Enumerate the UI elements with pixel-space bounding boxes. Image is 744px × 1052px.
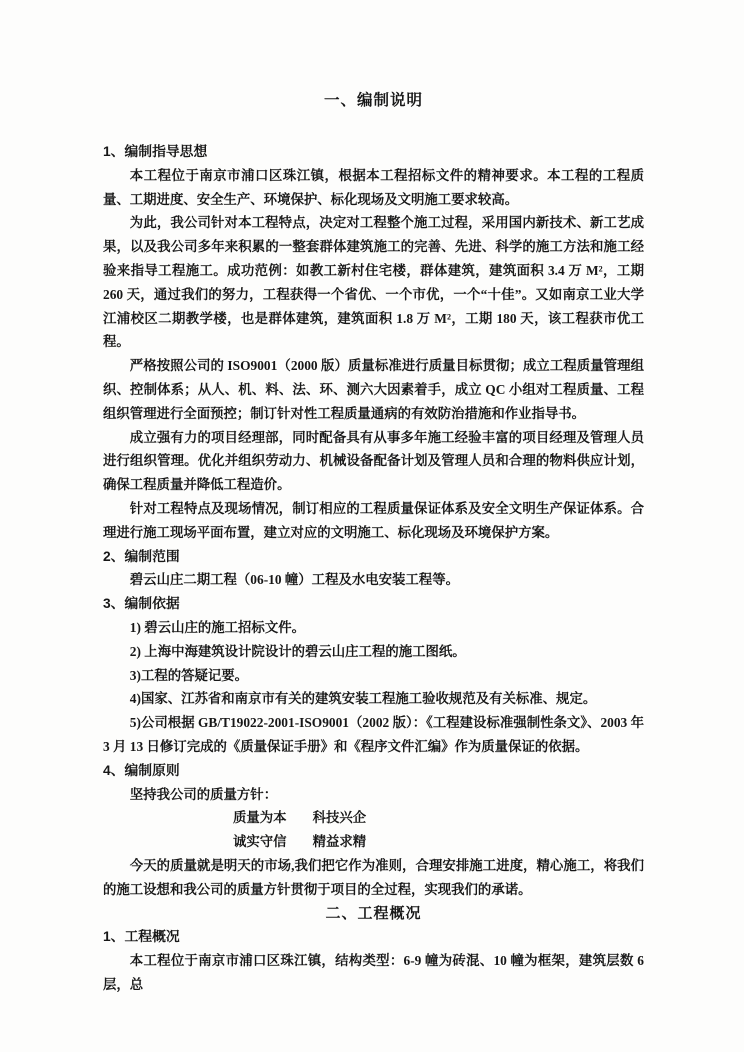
paragraph: 严格按照公司的 ISO9001（2000 版）质量标准进行质量目标贯彻；成立工程…: [103, 354, 644, 425]
document-page: 一、编制说明 1、编制指导思想 本工程位于南京市浦口区珠江镇，根据本工程招标文件…: [0, 0, 744, 1052]
heading-compilation-basis: 3、编制依据: [103, 592, 644, 616]
paragraph: 为此，我公司针对本工程特点，决定对工程整个施工过程，采用国内新技术、新工艺成果，…: [103, 211, 644, 354]
heading-project-overview: 1、工程概况: [103, 925, 644, 949]
paragraph: 针对工程特点及现场情况，制订相应的工程质量保证体系及安全文明生产保证体系。合理进…: [103, 497, 644, 545]
heading-compilation-principles: 4、编制原则: [103, 759, 644, 783]
paragraph: 成立强有力的项目经理部，同时配备具有从事多年施工经验丰富的项目经理及管理人员进行…: [103, 426, 644, 497]
list-item: 4)国家、江苏省和南京市有关的建筑安装工程施工验收规范及有关标准、规定。: [103, 687, 644, 711]
quality-policy-line: 诚实守信精益求精: [103, 830, 644, 854]
list-item: 2) 上海中海建筑设计院设计的碧云山庄工程的施工图纸。: [103, 640, 644, 664]
paragraph: 本工程位于南京市浦口区珠江镇，根据本工程招标文件的精神要求。本工程的工程质量、工…: [103, 164, 644, 212]
part2-title: 二、工程概况: [103, 902, 644, 926]
list-item: 1) 碧云山庄的施工招标文件。: [103, 616, 644, 640]
heading-compilation-scope: 2、编制范围: [103, 545, 644, 569]
motto-word: 精益求精: [313, 834, 367, 849]
quality-policy-line: 质量为本科技兴企: [103, 806, 644, 830]
heading-guiding-ideology: 1、编制指导思想: [103, 140, 644, 164]
paragraph: 坚持我公司的质量方针：: [103, 783, 644, 807]
list-item: 3)工程的答疑记要。: [103, 664, 644, 688]
part1-title: 一、编制说明: [103, 92, 644, 110]
list-item: 5)公司根据 GB/T19022-2001-ISO9001（2002 版）：《工…: [103, 711, 644, 759]
paragraph: 碧云山庄二期工程（06-10 幢）工程及水电安装工程等。: [103, 568, 644, 592]
paragraph: 今天的质量就是明天的市场,我们把它作为准则，合理安排施工进度，精心施工，将我们的…: [103, 854, 644, 902]
motto-word: 诚实守信: [233, 834, 287, 849]
motto-word: 质量为本: [233, 810, 287, 825]
motto-word: 科技兴企: [313, 810, 367, 825]
paragraph: 本工程位于南京市浦口区珠江镇，结构类型：6-9 幢为砖混、10 幢为框架，建筑层…: [103, 949, 644, 997]
